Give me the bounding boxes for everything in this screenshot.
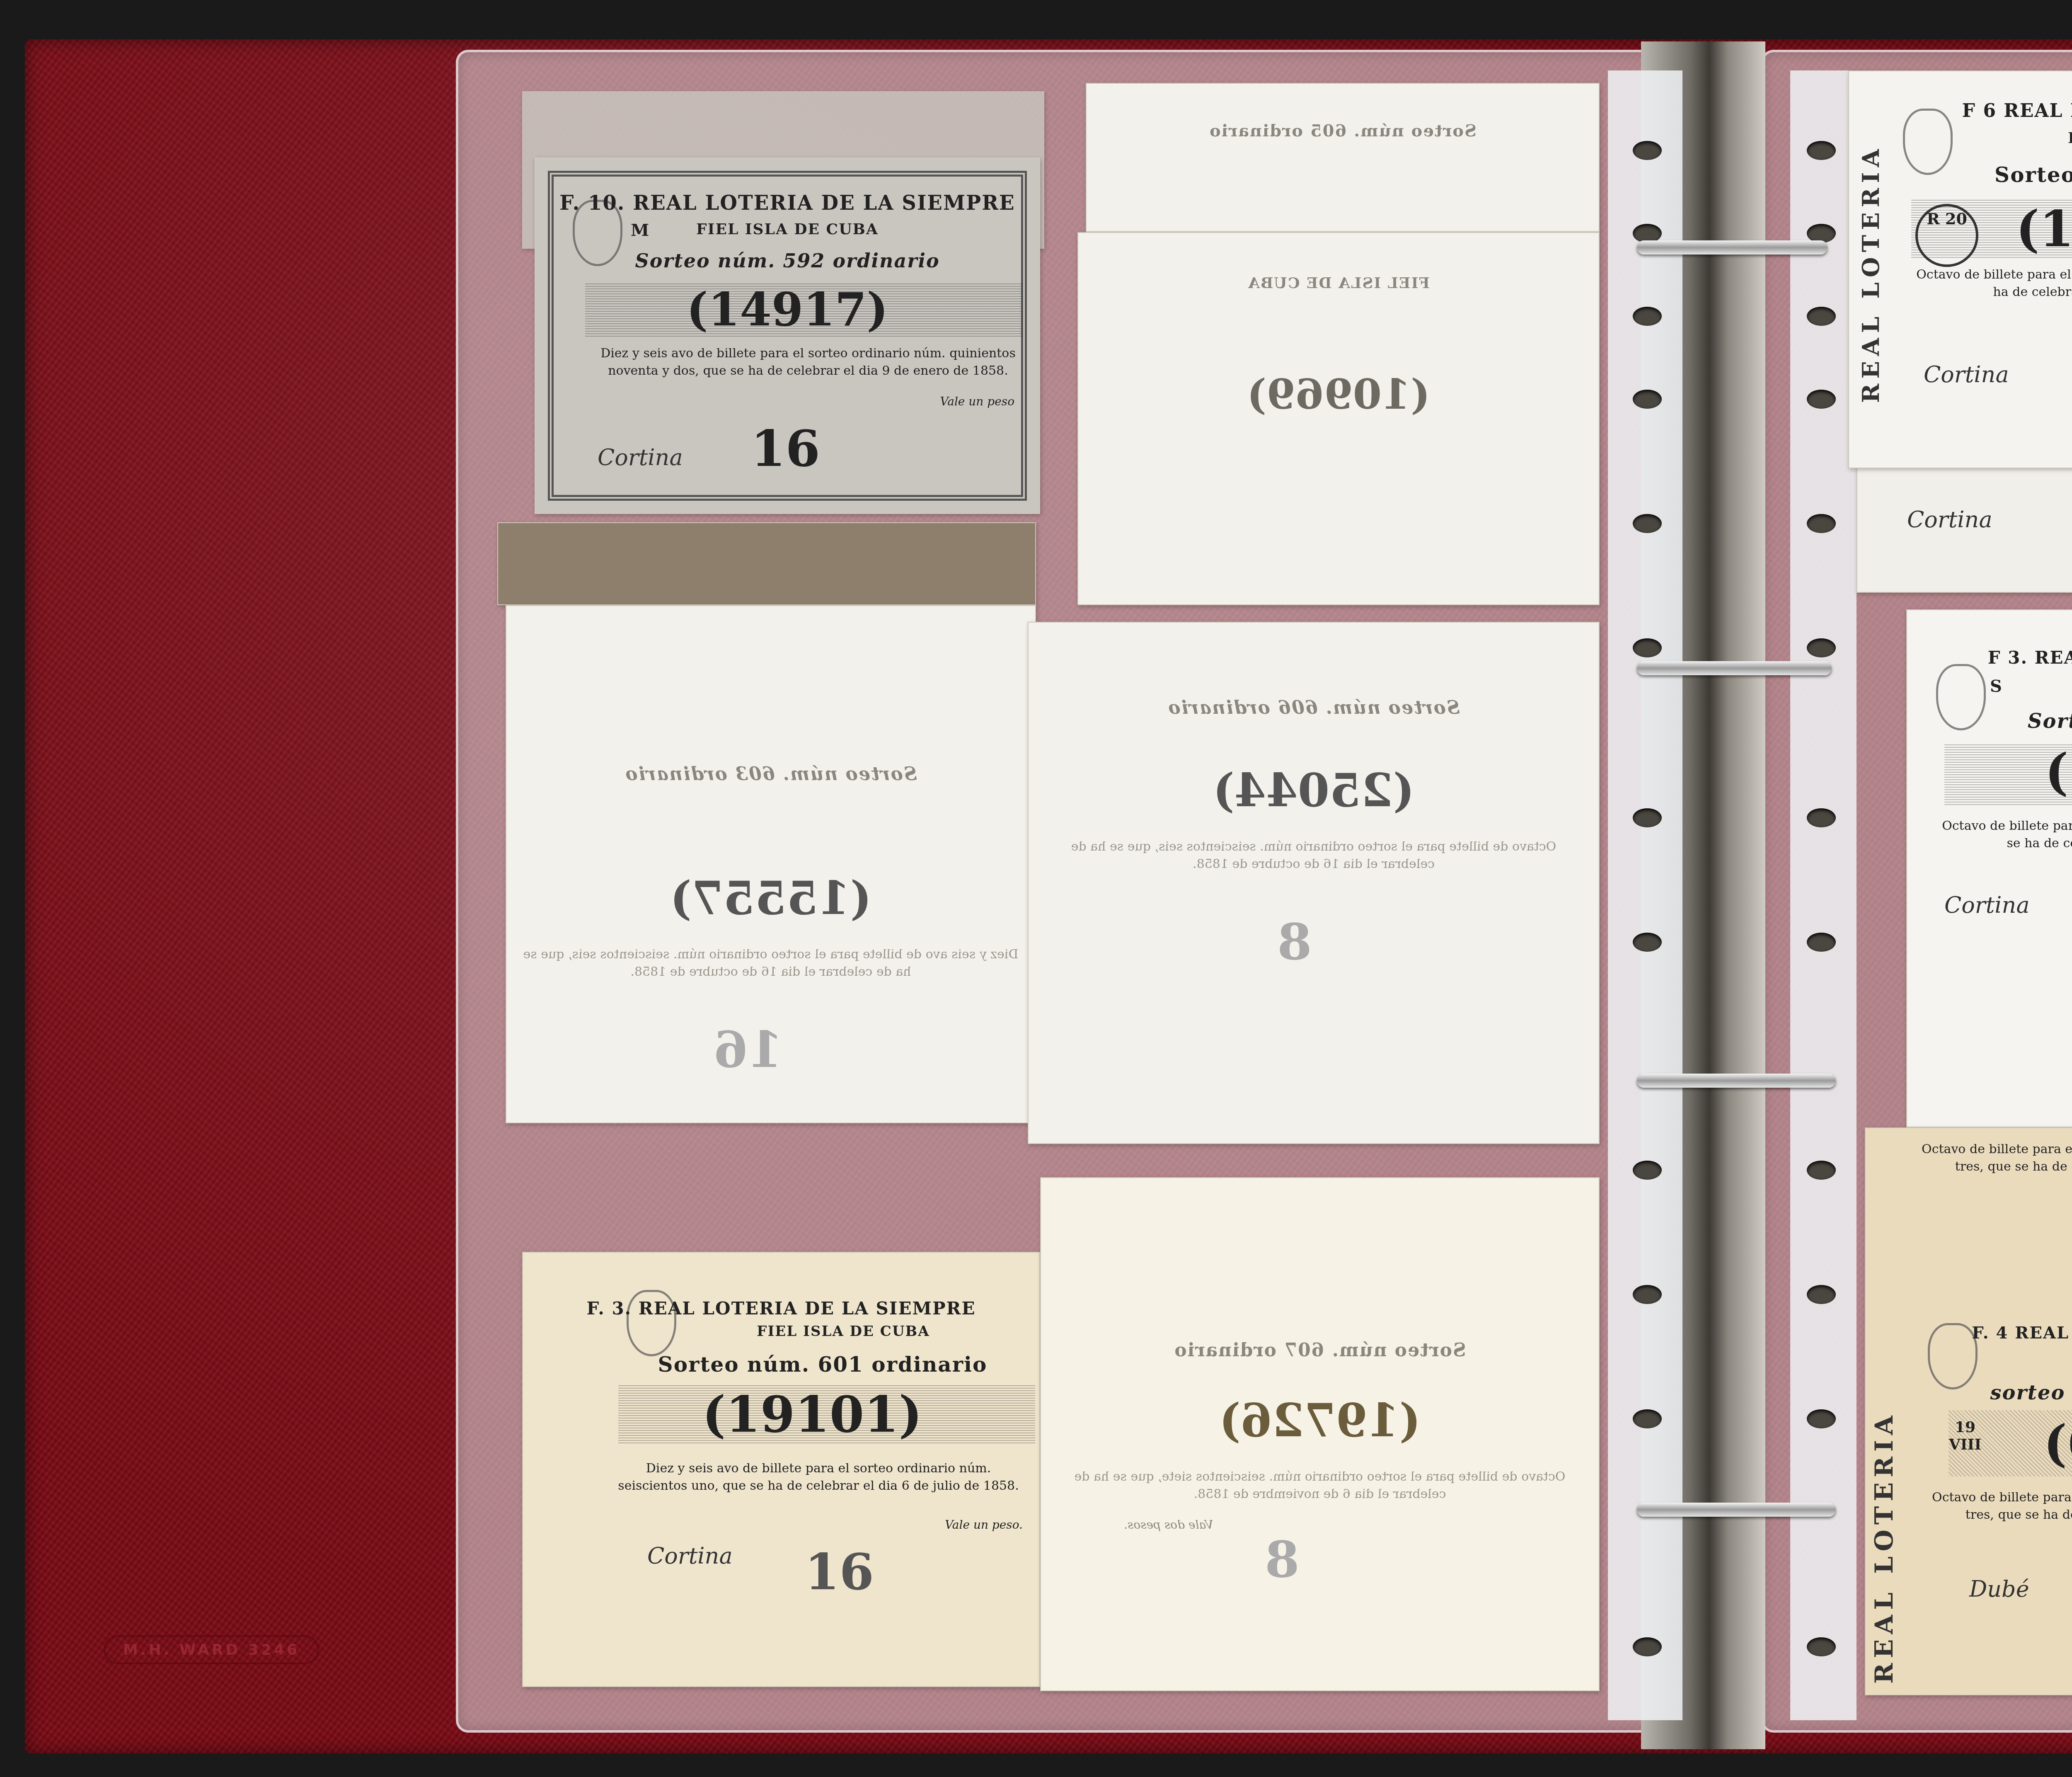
ticket-text: Diez y seis avo de billete para el sorte… — [593, 345, 1023, 380]
ticket-text: Octavo de billete para el sorteo ordinar… — [1940, 817, 2072, 852]
ticket-draw: sorteo num. 723 ordinario. — [1866, 1381, 2072, 1404]
punch-hole — [1807, 933, 1836, 952]
punch-hole — [1633, 1285, 1662, 1304]
ticket-value: Vale un peso — [940, 395, 1014, 408]
punch-hole — [1807, 307, 1836, 326]
lottery-ticket-back-19726[interactable]: Sorteo núm. 607 ordinario (19726) Octavo… — [1040, 1177, 1600, 1691]
ticket-fraction: 8 — [1265, 1530, 1300, 1589]
ticket-subtitle: FIEL ISLA DE CUBA — [1849, 129, 2072, 147]
binder-ring-3 — [1637, 1074, 1836, 1088]
cover-maker-emboss: M.H. WARD 3246 — [104, 1635, 319, 1664]
punch-hole — [1633, 1409, 1662, 1428]
lottery-ticket-16258[interactable]: F 3. REAL LOTERIA DE LA SIEMPRE S FIEL I… — [1906, 609, 2072, 1127]
ticket-value: Vale dos pesos. — [1124, 1518, 1213, 1532]
ticket-draw: Sorteo núm 609 ordinario. — [1907, 710, 2072, 733]
ticket-number: (25044) — [1029, 764, 1599, 817]
ticket-draw: Sorteo núm. 605 ordinario — [1087, 121, 1599, 141]
ticket-text: Octavo de billete para el sorteo ordinar… — [1907, 266, 2072, 301]
punch-hole — [1807, 1637, 1836, 1656]
punch-hole — [1807, 141, 1836, 160]
ticket-subtitle: FIEL ISLA DE CUBA — [1866, 1352, 2072, 1370]
ticket-draw: Sorteo núm 608 ordinario. — [1849, 162, 2072, 187]
ticket-signature: Cortina — [598, 444, 683, 470]
punch-hole — [1633, 514, 1662, 533]
ticket-number: (19101) — [523, 1385, 1039, 1444]
ticket-text: Diez y seis avo de billete para el sorte… — [614, 1460, 1023, 1495]
ticket-signature: Cortina — [1907, 507, 1992, 533]
ticket-number: (19726) — [1041, 1394, 1599, 1447]
binder-ring-2 — [1637, 661, 1832, 675]
ticket-text: Octavo de billete para el sorteo ordinar… — [1045, 838, 1582, 873]
date-stamp: 19 VIII — [1940, 1418, 1990, 1453]
ticket-number: (14917) — [535, 283, 1039, 336]
control-stamp: R 20 — [1915, 204, 1978, 267]
punch-hole — [1633, 390, 1662, 409]
binder-ring-1 — [1637, 240, 1828, 255]
punch-hole — [1807, 390, 1836, 409]
punch-hole — [1633, 1161, 1662, 1180]
ticket-fraction: 8 — [1277, 913, 1312, 971]
ticket-subtitle: FIEL ISLA DE CUBA — [1907, 676, 2072, 694]
punch-hole — [1633, 638, 1662, 657]
ticket-subtitle: FIEL ISLA DE CUBA — [1078, 274, 1599, 292]
ticket-fraction: 16 — [714, 1021, 783, 1079]
ticket-signature: Dubé — [1969, 1576, 2029, 1602]
ticket-header: F. 4 REAL LOTERIA DE LA SIEMPRE G — [1866, 1323, 2072, 1343]
ticket-draw: Sorteo núm. 606 ordinario — [1029, 697, 1599, 718]
ticket-header: F 3. REAL LOTERIA DE LA SIEMPRE — [1907, 647, 2072, 668]
ticket-text-upper: Octavo de billete para el sorteo ordinar… — [1911, 1141, 2072, 1176]
ticket-text: Diez y seis avo de billete para el sorte… — [523, 946, 1019, 981]
ticket-fraction: 16 — [805, 1543, 874, 1601]
ticket-signature: Cortina — [647, 1543, 733, 1569]
punch-hole — [1807, 638, 1836, 657]
punch-hole — [1807, 514, 1836, 533]
punch-hole — [1633, 1637, 1662, 1656]
punch-hole — [1807, 1161, 1836, 1180]
ticket-draw: Sorteo núm. 592 ordinario — [535, 250, 1039, 272]
ticket-draw: Sorteo núm. 607 ordinario — [1041, 1340, 1599, 1361]
punch-hole — [1633, 307, 1662, 326]
lottery-ticket-back-15557[interactable]: Sorteo núm. 603 ordinario (15557) Diez y… — [506, 605, 1036, 1123]
lottery-ticket-637[interactable]: Vale dos pesos. 8 Cortina 637 — [1857, 456, 2072, 593]
lottery-ticket-back-25044[interactable]: Sorteo núm. 606 ordinario (25044) Octavo… — [1028, 622, 1600, 1144]
ticket-fraction: 16 — [751, 419, 820, 478]
ticket-number: (10969) — [1078, 370, 1599, 419]
punch-hole — [1633, 141, 1662, 160]
ticket-number: (16258) — [1907, 743, 2072, 801]
lottery-ticket-back-stub: Sorteo núm. 605 ordinario — [1086, 83, 1600, 232]
lottery-ticket-11000[interactable]: REAL LOTERIA F 6 REAL LOTERIA DE LA SIEM… — [1848, 70, 2072, 468]
punch-hole — [1633, 808, 1662, 827]
binder-ring-4 — [1637, 1503, 1836, 1517]
ticket-header: F. 10. REAL LOTERIA DE LA SIEMPRE — [535, 192, 1039, 215]
ticket-draw: Sorteo núm. 603 ordinario — [506, 764, 1035, 785]
punch-hole — [1807, 808, 1836, 827]
ticket-header: F. 3. REAL LOTERIA DE LA SIEMPRE — [523, 1298, 1039, 1319]
ticket-number: (15557) — [506, 871, 1035, 925]
lottery-ticket-14917[interactable]: F. 10. REAL LOTERIA DE LA SIEMPRE M FIEL… — [535, 158, 1040, 514]
ticket-subtitle: FIEL ISLA DE CUBA — [535, 221, 1039, 238]
punch-hole — [1807, 1409, 1836, 1428]
ticket-subtitle: FIEL ISLA DE CUBA — [523, 1323, 1039, 1340]
ticket-stub — [497, 522, 1036, 605]
ticket-signature: Cortina — [1924, 361, 2009, 388]
ticket-text: Octavo de billete para el sorteo ordinar… — [1932, 1489, 2072, 1524]
ticket-text: Octavo de billete para el sorteo ordinar… — [1058, 1468, 1582, 1503]
ticket-draw: Sorteo núm. 601 ordinario — [523, 1352, 1039, 1377]
lottery-ticket-back-10969[interactable]: (10969) FIEL ISLA DE CUBA — [1077, 232, 1600, 605]
punch-hole — [1807, 1285, 1836, 1304]
lottery-ticket-6871-f4[interactable]: REAL LOTERIA Octavo de billete para el s… — [1865, 1127, 2072, 1695]
punch-hole — [1633, 933, 1662, 952]
ticket-value: Vale un peso. — [945, 1518, 1023, 1532]
ticket-signature: Cortina — [1944, 892, 2030, 918]
lottery-ticket-19101[interactable]: F. 3. REAL LOTERIA DE LA SIEMPRE FIEL IS… — [522, 1252, 1040, 1687]
ticket-header: F 6 REAL LOTERIA DE LA SIEMPRE — [1849, 100, 2072, 121]
